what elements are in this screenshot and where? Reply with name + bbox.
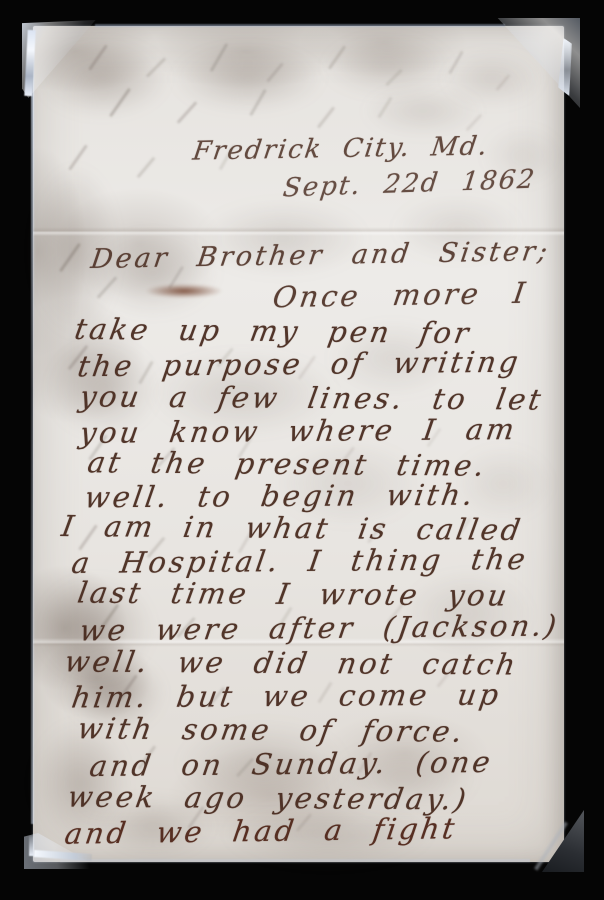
fold-crease [33,227,564,236]
letter-line: Once more I [271,276,530,315]
letter-line: you know where I am [77,412,519,450]
letter-page: Fredrick City. Md. Sept. 22d 1862 Dear B… [33,26,564,862]
ink-bleedthrough-mark [177,101,198,124]
photo-corner-glint [29,836,34,856]
paper-edge-highlight-top [95,24,505,27]
letter-line: and we had a fight [63,811,460,851]
letter-line: take up my pen for [72,312,474,350]
letter-line: with some of force. [75,711,468,748]
letter-line: week ago yesterday.) [65,780,471,817]
paper-edge-highlight-left [31,34,34,824]
rust-stain [145,284,223,298]
letter-line: we were after (Jackson.) [77,608,561,647]
letter-line: last time I wrote you [75,576,512,613]
ink-bleedthrough-mark [317,106,335,128]
paper-edge-highlight-bottom [60,859,530,862]
letter-line: well. we did not catch [62,644,521,681]
letter-dateline-place: Fredrick City. Md. [191,131,491,166]
letter-line: I am in what is called [59,509,525,547]
letter-salutation: Dear Brother and Sister; [89,236,552,275]
photo-black-mat: Fredrick City. Md. Sept. 22d 1862 Dear B… [0,0,604,900]
letter-dateline-date: Sept. 22d 1862 [281,165,538,204]
ink-bleedthrough-mark [136,157,155,179]
letter-line: you a few lines. to let [77,379,546,416]
letter-line: a Hospital. I thing the [69,542,530,580]
